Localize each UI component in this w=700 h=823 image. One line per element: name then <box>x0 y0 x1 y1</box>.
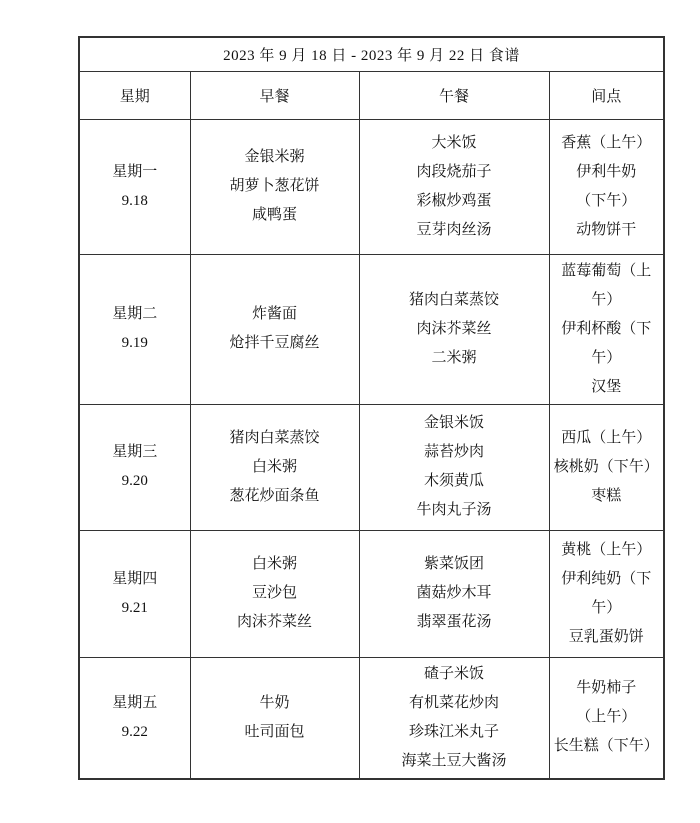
header-cell-snack: 间点 <box>549 71 664 119</box>
table-row-monday: 星期一9.18 金银米粥胡萝卜葱花饼咸鸭蛋 大米饭肉段烧茄子彩椒炒鸡蛋豆芽肉丝汤… <box>79 119 664 254</box>
weekly-menu-table: 2023 年 9 月 18 日 - 2023 年 9 月 22 日 食谱 星期 … <box>78 36 665 780</box>
lunch-cell: 紫菜饭团菌菇炒木耳翡翠蛋花汤 <box>359 530 549 657</box>
lunch-cell: 猪肉白菜蒸饺肉沫芥菜丝二米粥 <box>359 254 549 404</box>
snack-cell: 西瓜（上午）核桃奶（下午）枣糕 <box>549 404 664 530</box>
lunch-cell: 金银米饭蒜苔炒肉木须黄瓜牛肉丸子汤 <box>359 404 549 530</box>
day-cell: 星期五9.22 <box>79 657 190 779</box>
breakfast-cell: 炸酱面炝拌千豆腐丝 <box>190 254 359 404</box>
table-row-tuesday: 星期二9.19 炸酱面炝拌千豆腐丝 猪肉白菜蒸饺肉沫芥菜丝二米粥 蓝莓葡萄（上午… <box>79 254 664 404</box>
snack-cell: 蓝莓葡萄（上午）伊利杯酸（下午）汉堡 <box>549 254 664 404</box>
title-row: 2023 年 9 月 18 日 - 2023 年 9 月 22 日 食谱 <box>79 37 664 71</box>
lunch-cell: 大米饭肉段烧茄子彩椒炒鸡蛋豆芽肉丝汤 <box>359 119 549 254</box>
snack-cell: 牛奶柿子（上午）长生糕（下午） <box>549 657 664 779</box>
breakfast-cell: 金银米粥胡萝卜葱花饼咸鸭蛋 <box>190 119 359 254</box>
header-cell-lunch: 午餐 <box>359 71 549 119</box>
breakfast-cell: 白米粥豆沙包肉沫芥菜丝 <box>190 530 359 657</box>
day-cell: 星期三9.20 <box>79 404 190 530</box>
snack-cell: 黄桃（上午）伊利纯奶（下午）豆乳蛋奶饼 <box>549 530 664 657</box>
day-cell: 星期一9.18 <box>79 119 190 254</box>
table-row-thursday: 星期四9.21 白米粥豆沙包肉沫芥菜丝 紫菜饭团菌菇炒木耳翡翠蛋花汤 黄桃（上午… <box>79 530 664 657</box>
table-title: 2023 年 9 月 18 日 - 2023 年 9 月 22 日 食谱 <box>79 37 664 71</box>
snack-cell: 香蕉（上午）伊利牛奶（下午）动物饼干 <box>549 119 664 254</box>
day-cell: 星期二9.19 <box>79 254 190 404</box>
header-cell-week: 星期 <box>79 71 190 119</box>
breakfast-cell: 牛奶吐司面包 <box>190 657 359 779</box>
table-row-wednesday: 星期三9.20 猪肉白菜蒸饺白米粥葱花炒面条鱼 金银米饭蒜苔炒肉木须黄瓜牛肉丸子… <box>79 404 664 530</box>
lunch-cell: 碴子米饭有机菜花炒肉珍珠江米丸子海菜土豆大酱汤 <box>359 657 549 779</box>
document-page: 2023 年 9 月 18 日 - 2023 年 9 月 22 日 食谱 星期 … <box>0 0 700 823</box>
breakfast-cell: 猪肉白菜蒸饺白米粥葱花炒面条鱼 <box>190 404 359 530</box>
header-row: 星期 早餐 午餐 间点 <box>79 71 664 119</box>
day-cell: 星期四9.21 <box>79 530 190 657</box>
table-row-friday: 星期五9.22 牛奶吐司面包 碴子米饭有机菜花炒肉珍珠江米丸子海菜土豆大酱汤 牛… <box>79 657 664 779</box>
header-cell-breakfast: 早餐 <box>190 71 359 119</box>
